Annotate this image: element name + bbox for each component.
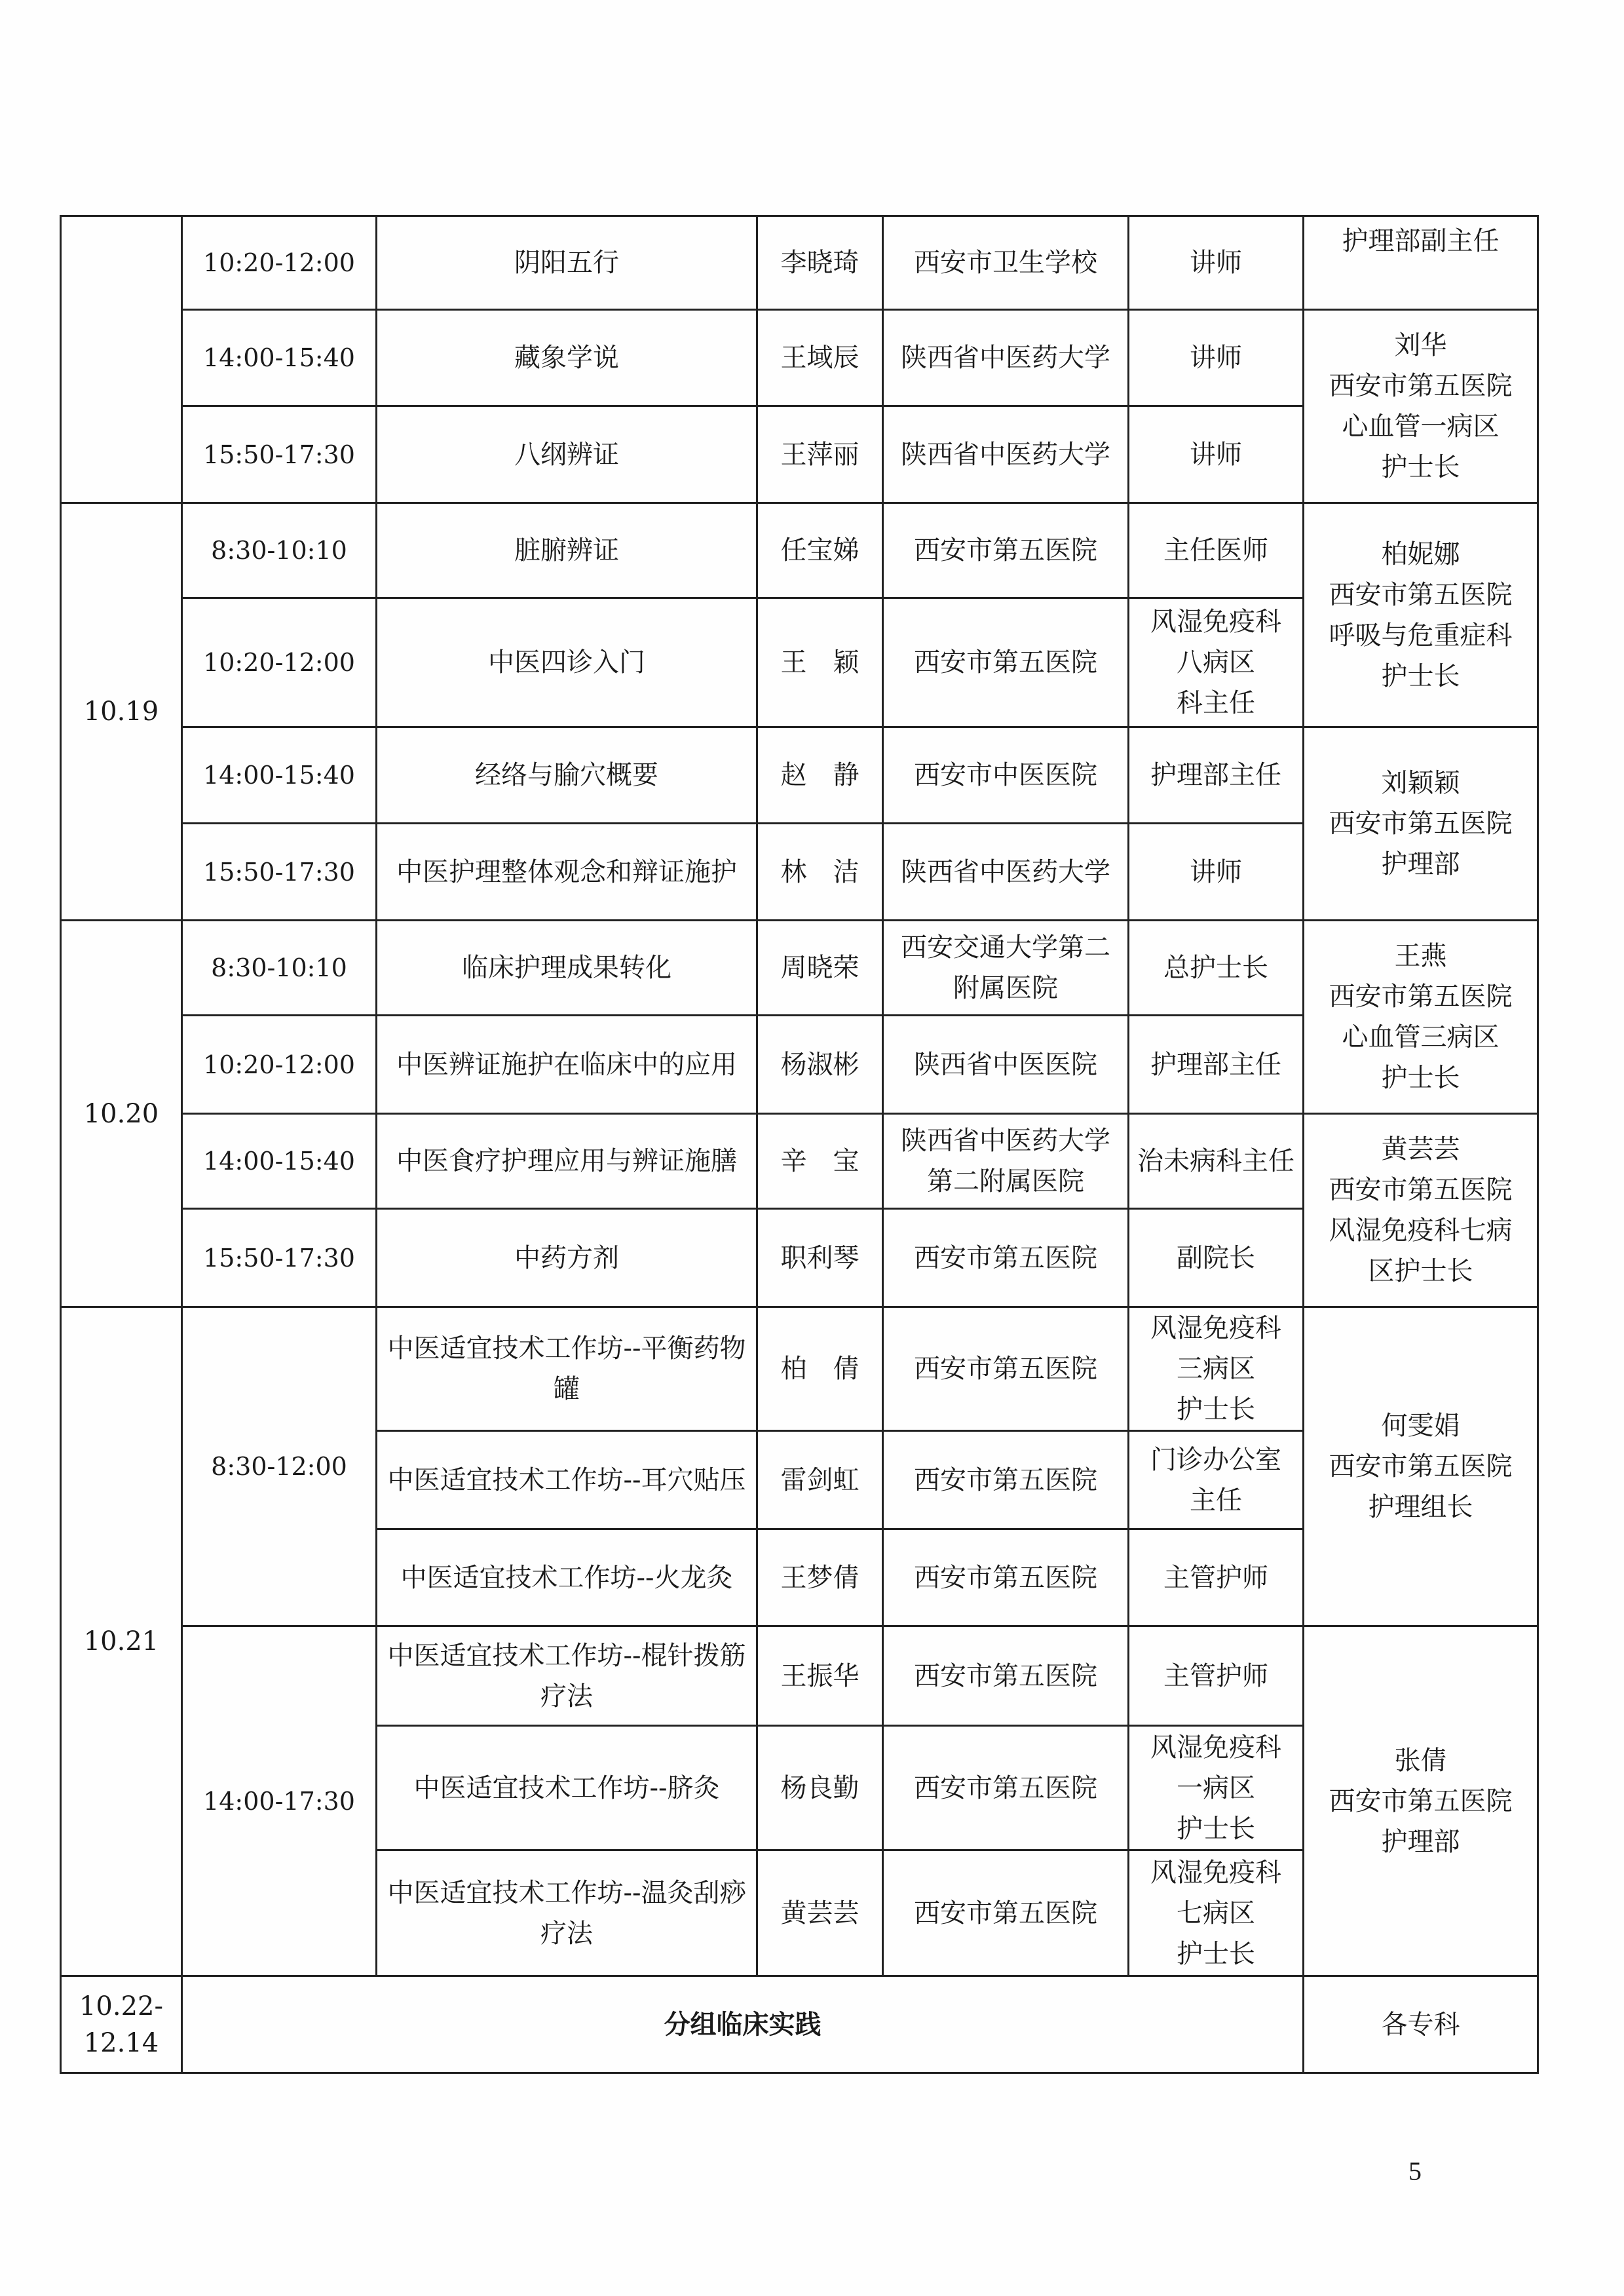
host-cell: 刘华 西安市第五医院 心血管一病区 护士长 <box>1304 311 1539 504</box>
title-cell: 护理部主任 <box>1129 1016 1304 1115</box>
lecturer-cell: 王萍丽 <box>758 407 884 504</box>
lecturer-cell: 周晓荣 <box>758 921 884 1016</box>
host-cell: 黄芸芸 西安市第五医院 风湿免疫科七病 区护士长 <box>1304 1115 1539 1308</box>
title-cell: 总护士长 <box>1129 921 1304 1016</box>
lecturer-cell: 王振华 <box>758 1627 884 1727</box>
lecturer-cell: 职利琴 <box>758 1210 884 1308</box>
lecturer-cell: 雷剑虹 <box>758 1432 884 1530</box>
institution-cell: 西安市第五医院 <box>884 1530 1129 1627</box>
institution-cell: 西安市第五医院 <box>884 1432 1129 1530</box>
institution-cell: 西安市第五医院 <box>884 1851 1129 1977</box>
date-label: 10.21 <box>84 1621 159 1662</box>
title-cell: 门诊办公室 主任 <box>1129 1432 1304 1530</box>
host-cell: 何雯娟 西安市第五医院 护理组长 <box>1304 1308 1539 1627</box>
institution-cell: 西安市第五医院 <box>884 1210 1129 1308</box>
topic-cell: 中医适宜技术工作坊--平衡药物罐 <box>377 1308 758 1432</box>
institution-cell: 西安市第五医院 <box>884 1627 1129 1727</box>
topic-cell: 中医食疗护理应用与辨证施膳 <box>377 1115 758 1210</box>
topic-cell: 中医适宜技术工作坊--耳穴贴压 <box>377 1432 758 1530</box>
lecturer-cell: 李晓琦 <box>758 215 884 311</box>
document-page: 10.19 10.20 10.21 10.22- 12.14 10:20-12:… <box>0 0 1624 2296</box>
host-cell: 王燕 西安市第五医院 心血管三病区 护士长 <box>1304 921 1539 1115</box>
lecturer-cell: 林 洁 <box>758 824 884 921</box>
title-cell: 主任医师 <box>1129 504 1304 599</box>
topic-cell: 藏象学说 <box>377 311 758 407</box>
topic-cell: 中医适宜技术工作坊--脐灸 <box>377 1727 758 1851</box>
lecturer-cell: 王梦倩 <box>758 1530 884 1627</box>
title-cell: 主管护师 <box>1129 1530 1304 1627</box>
topic-cell: 中医四诊入门 <box>377 599 758 728</box>
topic-cell: 中药方剂 <box>377 1210 758 1308</box>
lecturer-cell: 赵 静 <box>758 728 884 824</box>
date-cell-1019: 10.19 <box>60 504 183 921</box>
time-cell: 15:50-17:30 <box>183 1210 377 1308</box>
time-cell: 8:30-12:00 <box>183 1308 377 1627</box>
institution-cell: 西安市第五医院 <box>884 504 1129 599</box>
date-label: 10.20 <box>84 1094 159 1134</box>
title-cell: 风湿免疫科 八病区 科主任 <box>1129 599 1304 728</box>
date-cell-1022: 10.22- 12.14 <box>60 1977 183 2074</box>
title-cell: 治未病科主任 <box>1129 1115 1304 1210</box>
institution-cell: 西安市卫生学校 <box>884 215 1129 311</box>
time-cell: 14:00-15:40 <box>183 311 377 407</box>
topic-cell: 中医适宜技术工作坊--棍针拨筋疗法 <box>377 1627 758 1727</box>
title-cell: 风湿免疫科 三病区 护士长 <box>1129 1308 1304 1432</box>
time-cell: 10:20-12:00 <box>183 1016 377 1115</box>
lecturer-cell: 杨良勤 <box>758 1727 884 1851</box>
institution-cell: 西安市第五医院 <box>884 1308 1129 1432</box>
title-cell: 讲师 <box>1129 824 1304 921</box>
institution-cell: 西安市第五医院 <box>884 599 1129 728</box>
institution-cell: 陕西省中医药大学 <box>884 407 1129 504</box>
date-label: 10.22- 12.14 <box>79 1988 163 2061</box>
institution-cell: 陕西省中医药大学 <box>884 311 1129 407</box>
institution-cell: 陕西省中医医院 <box>884 1016 1129 1115</box>
topic-cell: 中医适宜技术工作坊--火龙灸 <box>377 1530 758 1627</box>
topic-cell: 临床护理成果转化 <box>377 921 758 1016</box>
host-cell: 张倩 西安市第五医院 护理部 <box>1304 1627 1539 1977</box>
institution-cell: 陕西省中医药大学 <box>884 824 1129 921</box>
institution-cell: 陕西省中医药大学第二附属医院 <box>884 1115 1129 1210</box>
title-cell: 护理部主任 <box>1129 728 1304 824</box>
lecturer-cell: 杨淑彬 <box>758 1016 884 1115</box>
final-row-activity: 分组临床实践 <box>183 1977 1304 2074</box>
time-cell: 14:00-15:40 <box>183 1115 377 1210</box>
institution-cell: 西安市第五医院 <box>884 1727 1129 1851</box>
host-cell: 柏妮娜 西安市第五医院 呼吸与危重症科 护士长 <box>1304 504 1539 728</box>
title-cell: 讲师 <box>1129 407 1304 504</box>
date-cell-1021: 10.21 <box>60 1308 183 1977</box>
title-cell: 副院长 <box>1129 1210 1304 1308</box>
institution-cell: 西安市中医医院 <box>884 728 1129 824</box>
lecturer-cell: 王 颖 <box>758 599 884 728</box>
lecturer-cell: 柏 倩 <box>758 1308 884 1432</box>
topic-cell: 中医适宜技术工作坊--温灸刮痧疗法 <box>377 1851 758 1977</box>
time-cell: 14:00-15:40 <box>183 728 377 824</box>
time-cell: 15:50-17:30 <box>183 824 377 921</box>
time-cell: 15:50-17:30 <box>183 407 377 504</box>
topic-cell: 八纲辨证 <box>377 407 758 504</box>
host-cell: 各专科 <box>1304 1977 1539 2074</box>
time-cell: 8:30-10:10 <box>183 504 377 599</box>
page-number: 5 <box>1408 2156 1422 2187</box>
title-cell: 风湿免疫科 七病区 护士长 <box>1129 1851 1304 1977</box>
time-cell: 14:00-17:30 <box>183 1627 377 1977</box>
time-cell: 10:20-12:00 <box>183 215 377 311</box>
title-cell: 讲师 <box>1129 215 1304 311</box>
lecturer-cell: 任宝娣 <box>758 504 884 599</box>
date-cell-1018-cont <box>60 215 183 504</box>
lecturer-cell: 辛 宝 <box>758 1115 884 1210</box>
date-cell-1020: 10.20 <box>60 921 183 1308</box>
institution-cell: 西安交通大学第二附属医院 <box>884 921 1129 1016</box>
title-cell: 主管护师 <box>1129 1627 1304 1727</box>
topic-cell: 中医辨证施护在临床中的应用 <box>377 1016 758 1115</box>
topic-cell: 脏腑辨证 <box>377 504 758 599</box>
topic-cell: 中医护理整体观念和辩证施护 <box>377 824 758 921</box>
time-cell: 8:30-10:10 <box>183 921 377 1016</box>
lecturer-cell: 王域辰 <box>758 311 884 407</box>
topic-cell: 阴阳五行 <box>377 215 758 311</box>
title-cell: 风湿免疫科 一病区 护士长 <box>1129 1727 1304 1851</box>
title-cell: 讲师 <box>1129 311 1304 407</box>
date-label: 10.19 <box>84 691 159 732</box>
host-cell: 护理部副主任 <box>1304 215 1539 311</box>
host-cell: 刘颖颖 西安市第五医院 护理部 <box>1304 728 1539 921</box>
time-cell: 10:20-12:00 <box>183 599 377 728</box>
topic-cell: 经络与腧穴概要 <box>377 728 758 824</box>
lecturer-cell: 黄芸芸 <box>758 1851 884 1977</box>
